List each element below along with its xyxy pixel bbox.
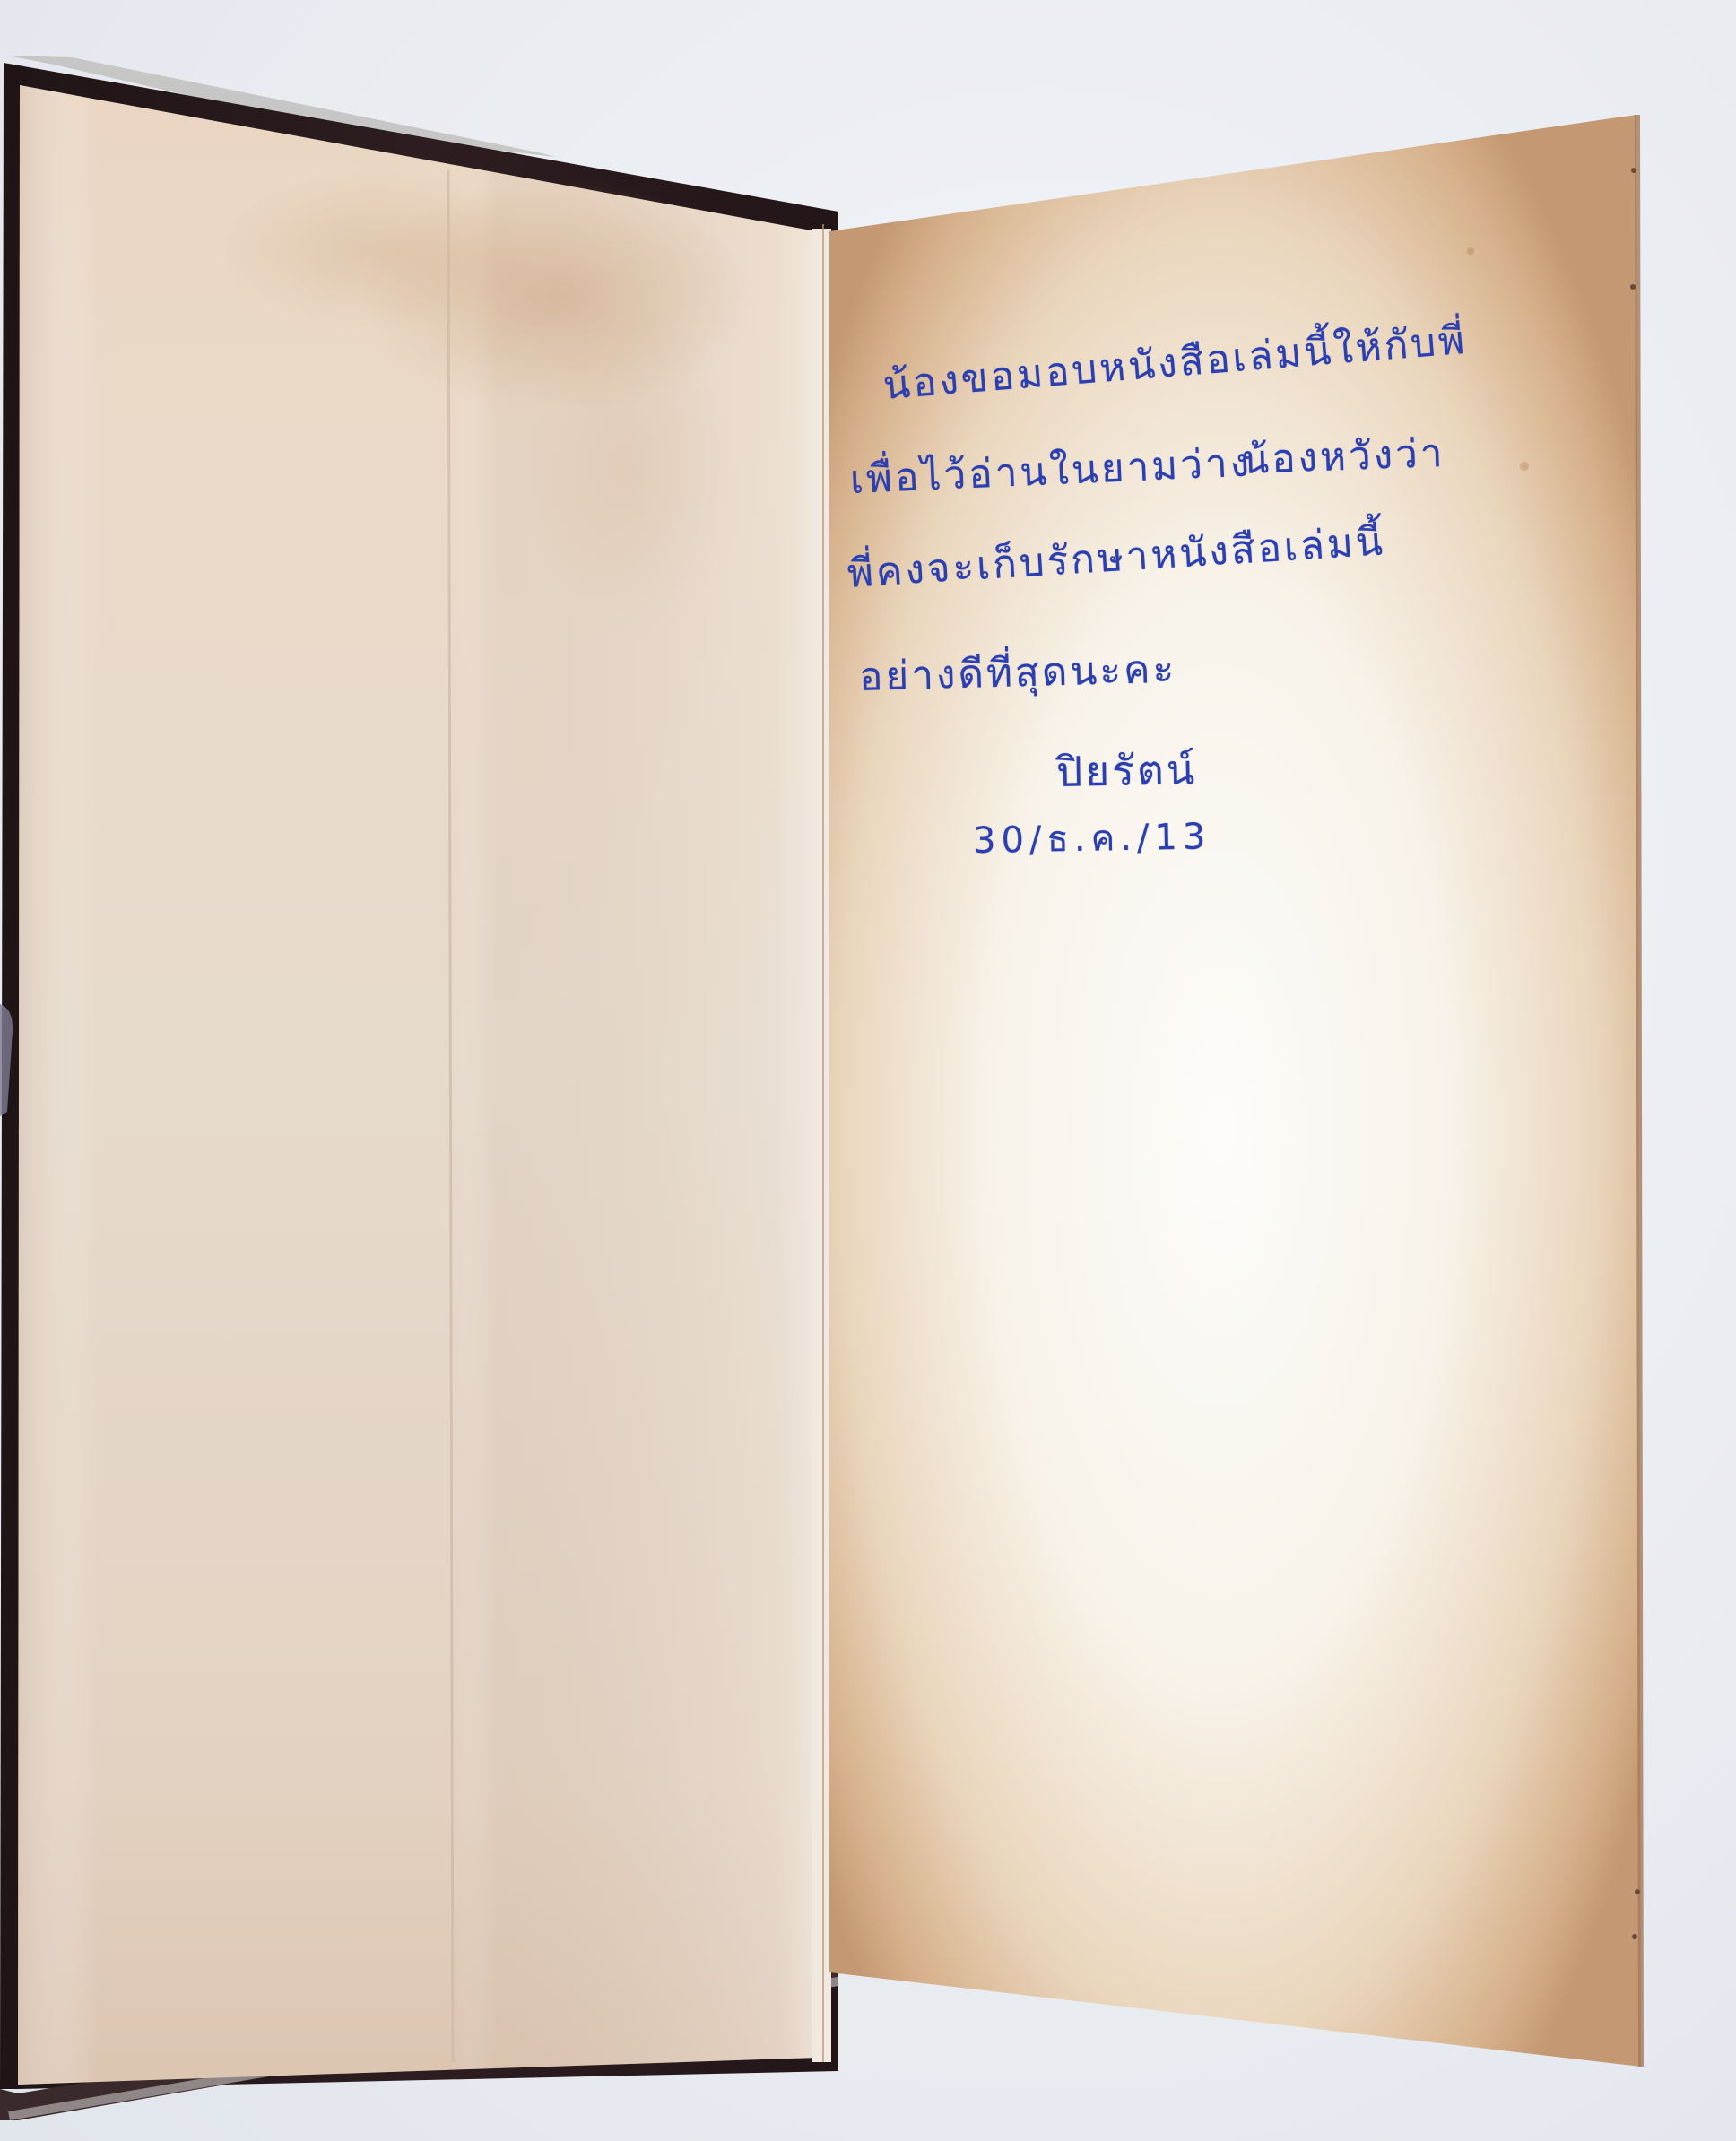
photo-scene: น้องขอมอบหนังสือเล่มนี้ให้กับพี่ เพื่อไว…: [0, 0, 1736, 2141]
right-page-flyleaf: [0, 0, 1736, 2141]
